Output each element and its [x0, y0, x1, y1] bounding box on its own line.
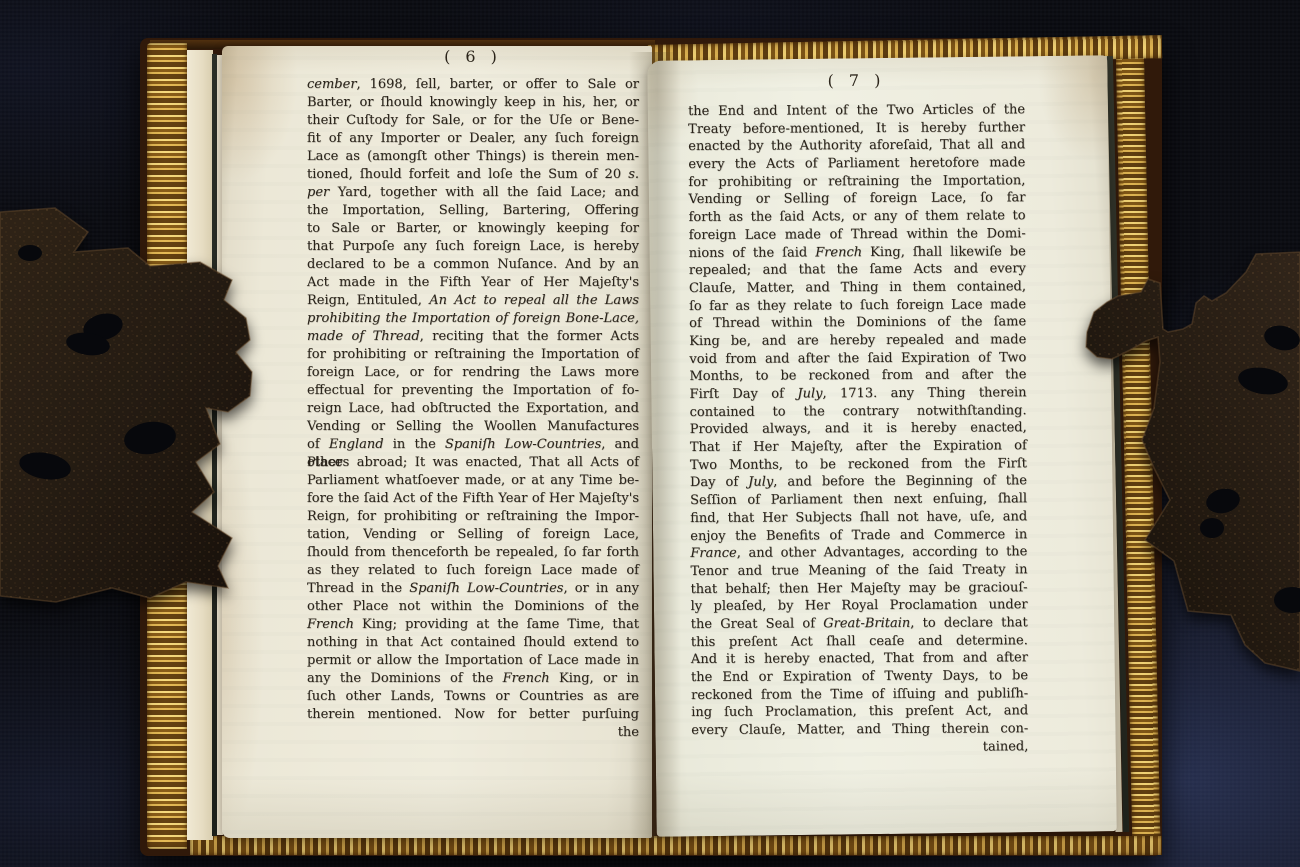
text-line: Act made in the Fifth Year of Her Majeſt…	[307, 274, 639, 292]
text-line: of Thread within the Dominions of the ſa…	[689, 313, 1026, 332]
text-line: prohibiting the Importation of foreign B…	[307, 310, 639, 328]
text-line: ing ſuch Proclamation, this preſent Act,…	[691, 703, 1028, 722]
italic-phrase: prohibiting the Importation of foreign B…	[307, 311, 639, 326]
text-line: Reign, for prohibiting or reſtraining th…	[307, 508, 639, 526]
text-line: the Great Seal of Great-Britain, to decl…	[691, 614, 1028, 633]
text-line: ſuch other Lands, Towns or Countries as …	[307, 688, 639, 706]
text-line: ſhould from thenceforth be repealed, ſo …	[307, 544, 639, 562]
text-line: Firſt Day of July, 1713. any Thing there…	[689, 384, 1026, 403]
catchword: tained,	[691, 738, 1028, 758]
italic-phrase: French	[307, 617, 354, 632]
text-line: the End and Intent of the Two Articles o…	[688, 101, 1025, 120]
text-line: contained to the contrary notwithſtandin…	[690, 402, 1027, 421]
right-iron-clasp	[1080, 245, 1300, 677]
text-line: Lace as (amongſt other Things) is therei…	[307, 148, 639, 166]
italic-phrase: Spaniſh Low-Countries	[445, 437, 601, 452]
text-line: the End or Expiration of Twenty Days, to…	[691, 667, 1028, 686]
text-line: Reign, Entituled, An Act to repeal all t…	[307, 292, 639, 310]
italic-phrase: Spaniſh Low-Countries	[409, 581, 563, 596]
text-line: enacted by the Authority aforeſaid, That…	[688, 137, 1025, 156]
text-line: Tenor and true Meaning of the ſaid Treat…	[690, 561, 1027, 580]
text-line: French King; providing at the ſame Time,…	[307, 616, 639, 634]
text-line: permit or allow the Importation of Lace …	[307, 652, 639, 670]
gilt-tooled-bottom-cover-edge	[190, 836, 1162, 855]
text-line: cember, 1698, ſell, barter, or offer to …	[307, 76, 639, 94]
text-line: for prohibiting or reſtraining the Impor…	[307, 346, 639, 364]
text-line: therein mentioned. Now for better purſui…	[307, 706, 639, 724]
page-number-6: ( 6 )	[307, 47, 639, 66]
text-line: reckoned from the Time of iſſuing and pu…	[691, 685, 1028, 704]
text-line: made of Thread, reciting that the former…	[307, 328, 639, 346]
italic-phrase: Great-Britain	[823, 616, 910, 631]
text-line: this preſent Act ſhall ceaſe and determi…	[691, 632, 1028, 651]
text-line: per Yard, together with all the ſaid Lac…	[307, 184, 639, 202]
text-line: Day of July, and before the Beginning of…	[690, 473, 1027, 492]
text-line: that behalf; then Her Majeſty may be gra…	[691, 579, 1028, 598]
text-line: their Cuſtody for Sale, or for the Uſe o…	[307, 112, 639, 130]
italic-phrase: An Act to repeal all the Laws	[429, 293, 639, 308]
text-line: Seſſion of Parliament then next enſuing,…	[690, 490, 1027, 509]
text-line: nions of the ſaid French King, ſhall lik…	[689, 243, 1026, 262]
text-line: King be, and are hereby repealed and mad…	[689, 331, 1026, 350]
text-line: every Clauſe, Matter, and Thing therein …	[691, 720, 1028, 739]
catchword: the	[307, 724, 639, 742]
text-line: find, that Her Subjects ſhall not have, …	[690, 508, 1027, 527]
text-line: Vending or Selling the Woollen Manufactu…	[307, 418, 639, 436]
text-line: foreign Lace, or for rendring the Laws m…	[307, 364, 639, 382]
text-line: And it is hereby enacted, That from and …	[691, 650, 1028, 669]
italic-phrase: made of Thread	[307, 329, 420, 344]
text-line: Provided always, and it is hereby enacte…	[690, 420, 1027, 439]
text-line: reign Lace, had obſtructed the Exportati…	[307, 400, 639, 418]
text-line: France, and other Advantages, according …	[690, 543, 1027, 562]
italic-phrase: France	[690, 546, 736, 561]
text-line: Vending or Selling of foreign Lace, ſo f…	[688, 190, 1025, 209]
text-line: Treaty before-mentioned, It is hereby fu…	[688, 119, 1025, 138]
text-line: foreign Lace made of Thread within the D…	[689, 225, 1026, 244]
text-line: Thread in the Spaniſh Low-Countries, or …	[307, 580, 639, 598]
photograph-of-open-book: ( 6 ) cember, 1698, ſell, barter, or off…	[0, 0, 1300, 867]
text-line: tation, Vending or Selling of foreign La…	[307, 526, 639, 544]
text-line: enjoy the Benefits of Trade and Commerce…	[690, 526, 1027, 545]
left-iron-clasp	[0, 200, 270, 612]
text-line: Months, to be reckoned from and after th…	[689, 367, 1026, 386]
italic-phrase: French	[815, 245, 862, 260]
italic-phrase: French	[503, 671, 550, 686]
text-line: That if Her Majeſty, after the Expiratio…	[690, 437, 1027, 456]
text-line: declared to be a common Nuſance. And by …	[307, 256, 639, 274]
page-number-7: ( 7 )	[688, 70, 1025, 91]
text-line: repealed; and that the ſame Acts and eve…	[689, 260, 1026, 279]
italic-phrase: July	[748, 475, 773, 490]
text-line: Clauſe, Matter, and Thing in them contai…	[689, 278, 1026, 297]
text-line: tioned, ſhould forfeit and loſe the Sum …	[307, 166, 639, 184]
text-line: every the Acts of Parliament heretofore …	[688, 154, 1025, 173]
text-line: the Importation, Selling, Bartering, Off…	[307, 202, 639, 220]
italic-phrase: cember	[307, 77, 357, 92]
text-line: other Place not within the Dominions of …	[307, 598, 639, 616]
text-line: Places abroad; It was enacted, That all …	[307, 454, 639, 472]
text-line: that Purpoſe any ſuch foreign Lace, is h…	[307, 238, 639, 256]
text-line: for prohibiting or reſtraining the Impor…	[688, 172, 1025, 191]
text-line: as they related to ſuch foreign Lace mad…	[307, 562, 639, 580]
text-line: Two Months, to be reckoned from the Firſ…	[690, 455, 1027, 474]
text-line: any the Dominions of the French King, or…	[307, 670, 639, 688]
text-line: fit of any Importer or Dealer, any ſuch …	[307, 130, 639, 148]
text-line: void from and after the ſaid Expiration …	[689, 349, 1026, 368]
text-line: Barter, or ſhould knowingly keep in his,…	[307, 94, 639, 112]
text-line: effectual for preventing the Importation…	[307, 382, 639, 400]
page-6-text-column: cember, 1698, ſell, barter, or offer to …	[307, 76, 639, 742]
text-line: nothing in that Act contained ſhould ext…	[307, 634, 639, 652]
text-line: to Sale or Barter, or knowingly keeping …	[307, 220, 639, 238]
text-line: forth as the ſaid Acts, or any of them r…	[689, 207, 1026, 226]
italic-phrase: s.	[628, 167, 639, 182]
italic-phrase: July	[797, 386, 822, 401]
italic-phrase: England	[329, 437, 384, 452]
italic-phrase: per	[307, 185, 329, 200]
text-line: Parliament whatſoever made, or at any Ti…	[307, 472, 639, 490]
text-line: fore the ſaid Act of the Fifth Year of H…	[307, 490, 639, 508]
page-7-text-column: the End and Intent of the Two Articles o…	[688, 101, 1028, 758]
text-line: of England in the Spaniſh Low-Countries,…	[307, 436, 639, 454]
text-line: ly pleaſed, by Her Royal Proclamation un…	[691, 596, 1028, 615]
text-line: ſo far as they relate to ſuch foreign La…	[689, 296, 1026, 315]
